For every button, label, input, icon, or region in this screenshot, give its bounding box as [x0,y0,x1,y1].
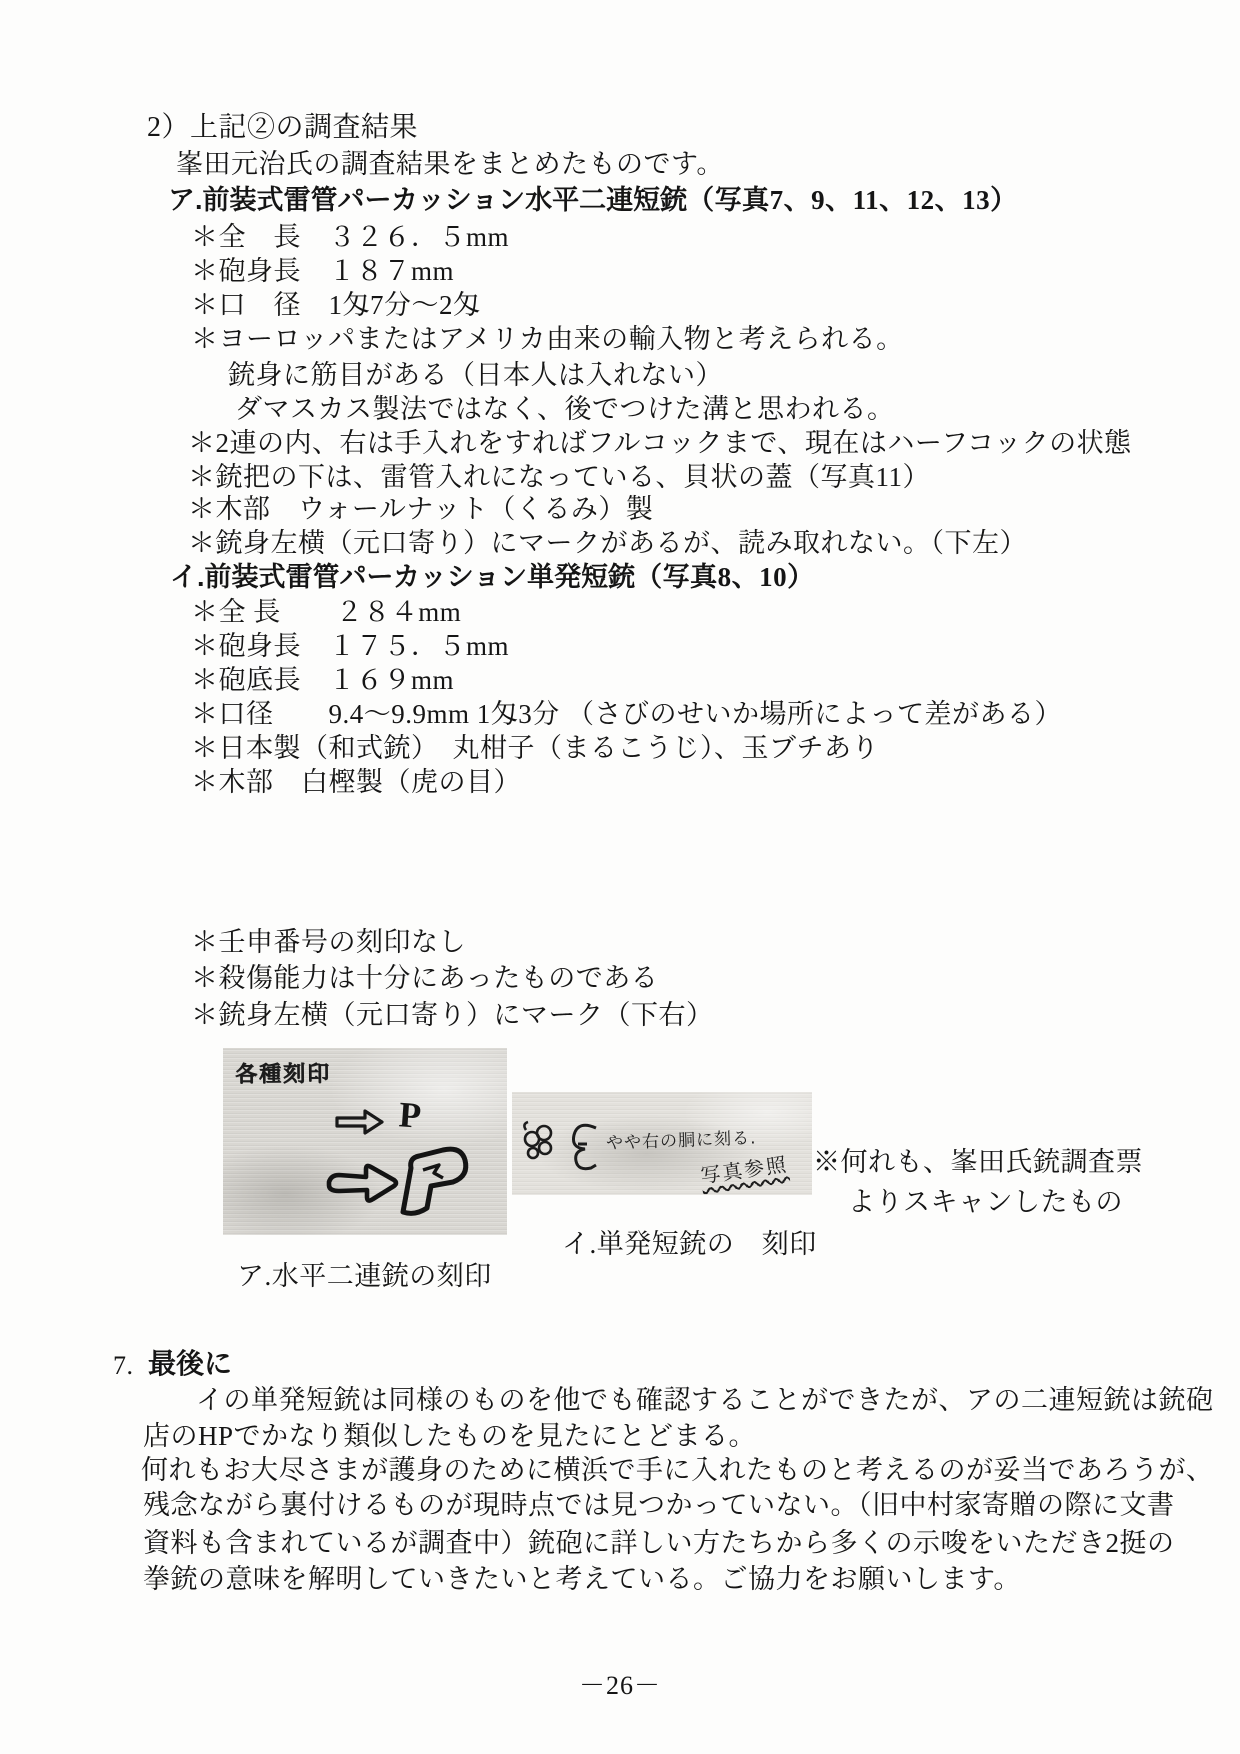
p-mark-inner-tick-icon [423,1165,443,1178]
seal-blob-icon [524,1122,551,1158]
stamp-marks-left [223,1048,507,1235]
arrow-small-icon [337,1111,382,1133]
item-a-bullet: ＊ヨーロッパまたはアメリカ由来の輸入物と考えられる。 [191,323,904,357]
item-i-bullet: ＊木部 白樫製（虎の目） [191,766,521,800]
item-a-photos: （写真7、9、11、12、13） [687,185,1018,215]
scan-source-note-2: よりスキャンしたもの [848,1186,1123,1220]
item-i-heading: イ.前装式雷管パーカッション単発短銃 [170,562,635,592]
p-mark-large-icon [403,1149,466,1213]
item-a-subnote: 銃身に筋目がある（日本人は入れない） [228,359,723,393]
item-a-heading: ア.前装式雷管パーカッション水平二連短銃 [168,185,687,215]
section2-heading: 2）上記②の調査結果 [147,110,418,145]
item-a-bullet: ＊木部 ウォールナット（くるみ）製 [188,493,653,527]
figure-caption-i: イ.単発短銃の 刻印 [562,1228,817,1262]
handwriting-note: やや右の胴に刻る. [606,1123,757,1153]
item-i-heading-row: イ.前装式雷管パーカッション単発短銃（写真8、10） [170,561,815,595]
section7-heading: 最後に [148,1346,232,1381]
item-i-bullet: ＊砲底長 １６９mm [191,664,454,698]
arrow-large-icon [329,1166,396,1201]
scan-source-note-1: ※何れも、峯田氏銃調査票 [813,1146,1143,1180]
item-a-bullet: ＊口 径 1匁7分～2匁 [191,289,481,323]
item-a-heading-row: ア.前装式雷管パーカッション水平二連短銃（写真7、9、11、12、13） [168,184,1018,218]
paragraph-line: 店のHPでかなり類似したものを見たにとどまる。 [143,1420,756,1454]
item-i-bullet: ＊壬申番号の刻印なし [191,926,466,960]
item-i-bullet: ＊銃身左横（元口寄り）にマーク（下右） [191,999,714,1033]
item-a-subnote: ダマスカス製法ではなく、後でつけた溝と思われる。 [235,393,894,427]
figure-caption-a: ア.水平二連銃の刻印 [237,1260,492,1294]
p-mark-small: P [398,1093,423,1136]
item-a-bullet: ＊全 長 ３２６．５mm [191,221,509,255]
item-a-bullet: ＊銃把の下は、雷管入れになっている、貝状の蓋（写真11） [188,461,930,495]
paragraph-line: 残念ながら裏付けるものが現時点では見つかっていない。（旧中村家寄贈の際に文書 [143,1489,1175,1523]
paragraph-line: イの単発短銃は同様のものを他でも確認することができたが、アの二連短銃は銃砲 [196,1384,1214,1418]
item-i-bullet: ＊殺傷能力は十分にあったものである [191,962,658,996]
paragraph-line: 拳銃の意味を解明していきたいと考えている。ご協力をお願いします。 [143,1563,1021,1597]
paragraph-line: 資料も含まれているが調査中）銃砲に詳しい方たちから多くの示唆をいただき2挺の [143,1527,1175,1561]
item-i-bullet: ＊口径 9.4～9.9mm 1匁3分 （さびのせいか場所によって差がある） [191,698,1062,732]
item-i-bullet: ＊全 長 ２８４mm [191,596,461,630]
item-a-bullet: ＊2連の内、右は手入れをすればフルコックまで、現在はハーフコックの状態 [188,427,1132,461]
paragraph-line: 何れもお大尽さまが護身のために横浜で手に入れたものと考えるのが妥当であろうが、 [141,1454,1214,1488]
item-i-photos: （写真8、10） [635,562,815,592]
f-mark-icon [573,1125,596,1168]
page-number: －26－ [0,1670,1240,1703]
item-i-bullet: ＊日本製（和式銃） 丸柑子（まるこうじ）、玉ブチあり [191,732,879,766]
item-a-bullet: ＊砲身長 １８７mm [191,255,454,289]
section2-intro: 峯田元治氏の調査結果をまとめたものです。 [176,148,724,182]
section7-number: 7. [113,1350,134,1383]
item-i-bullet: ＊砲身長 １７５．５mm [191,630,509,664]
item-a-bullet: ＊銃身左横（元口寄り）にマークがあるが、読み取れない。（下左） [188,527,1027,561]
stamp-figure-right: やや右の胴に刻る. 写真参照 [512,1092,812,1195]
document-page: 2）上記②の調査結果 峯田元治氏の調査結果をまとめたものです。 ア.前装式雷管パ… [0,0,1240,1754]
stamp-figure-left: 各種刻印 P [223,1048,507,1235]
